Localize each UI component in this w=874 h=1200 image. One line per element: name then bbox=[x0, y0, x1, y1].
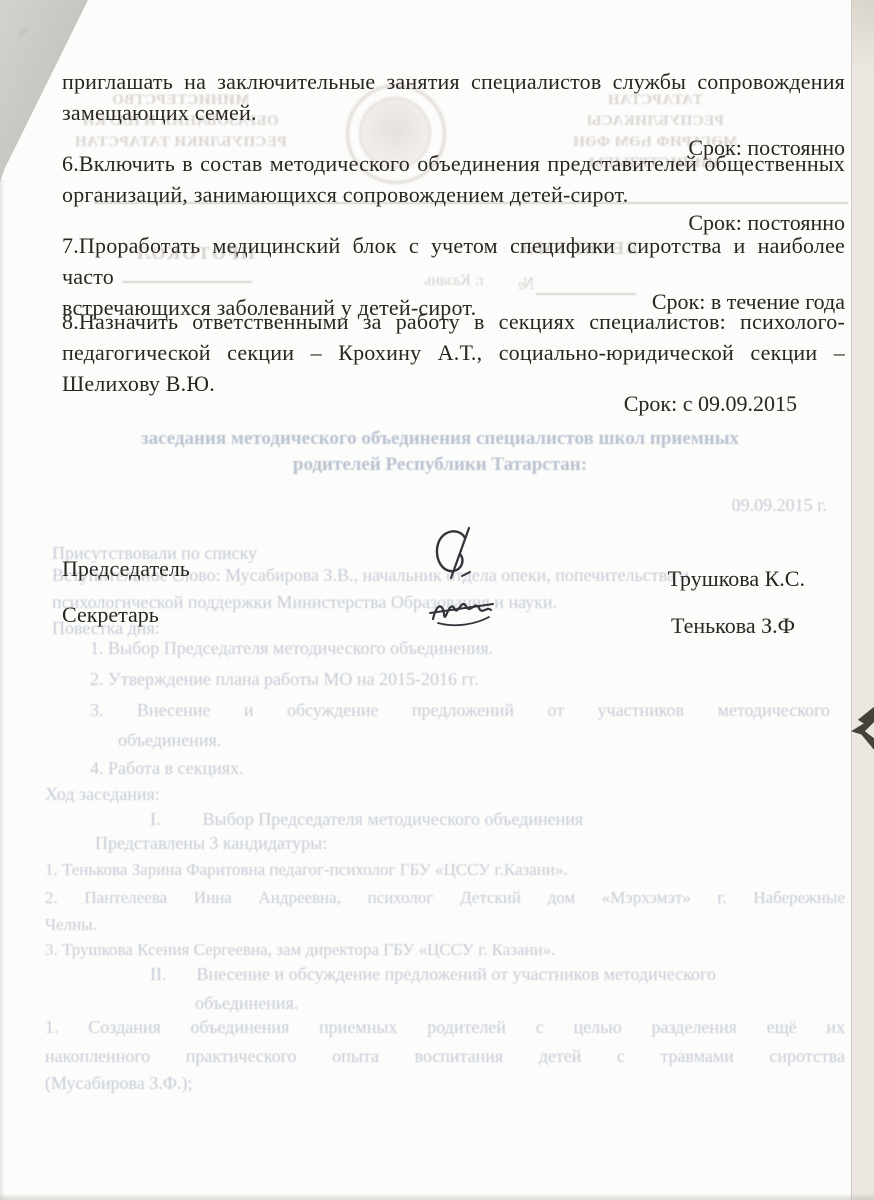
left-edge-shadow bbox=[0, 180, 5, 1200]
order-paragraph-8: 8.Назначить ответственными за работу в с… bbox=[62, 306, 845, 399]
paragraph-line: приглашать на заключительные занятия спе… bbox=[62, 66, 845, 97]
protocol-date-bleed: 09.09.2015 г. bbox=[600, 492, 827, 519]
candidate-line-bleed: Челны. bbox=[45, 911, 97, 938]
agenda-item-bleed: 2. Утверждение плана работы МО на 2015-2… bbox=[90, 666, 830, 693]
paragraph-line: 6.Включить в состав методического объеди… bbox=[62, 148, 845, 179]
order-paragraph-6: 6.Включить в состав методического объеди… bbox=[62, 148, 845, 210]
item2-numeral: II. bbox=[150, 961, 167, 988]
agenda-item-bleed: 3. Внесение и обсуждение предложений от … bbox=[90, 697, 830, 724]
term-label: Срок: с 09.09.2015 bbox=[62, 391, 797, 417]
signature-ink bbox=[428, 524, 476, 584]
protocol-title-bleed: заседания методического объединения спец… bbox=[90, 426, 790, 478]
secretary-label: Секретарь bbox=[62, 602, 159, 628]
candidate-line-bleed: 2. Пантелеева Инна Андреевна, психолог Д… bbox=[45, 884, 845, 911]
secretary-signature bbox=[428, 592, 496, 630]
signature-ink bbox=[428, 592, 496, 630]
protocol-title-line: родителей Республики Татарстан: bbox=[90, 452, 790, 478]
item2-continuation-bleed: объединения. bbox=[195, 990, 298, 1017]
proposal-line-bleed: 1. Создания объединения приемных родител… bbox=[45, 1014, 845, 1041]
agenda-item-continuation-bleed: объединения. bbox=[118, 727, 221, 754]
proposal-line-bleed: накопленного практического опыта воспита… bbox=[45, 1043, 845, 1070]
item2-text: Внесение и обсуждение предложений от уча… bbox=[197, 961, 717, 988]
paragraph-line: 7.Проработать медицинский блок с учетом … bbox=[62, 230, 845, 292]
paragraph-line: замещающих семей. bbox=[62, 97, 845, 128]
bottom-edge-shadow bbox=[0, 1193, 874, 1200]
course-label-bleed: Ход заседания: bbox=[45, 781, 160, 808]
chairman-signature bbox=[428, 524, 476, 584]
protocol-title-line: заседания методического объединения спец… bbox=[90, 426, 790, 452]
chairman-label: Председатель bbox=[62, 556, 190, 582]
candidates-intro-bleed: Представлены 3 кандидатуры: bbox=[95, 830, 327, 857]
order-paragraph-5-continuation: приглашать на заключительные занятия спе… bbox=[62, 66, 845, 128]
paragraph-line: педагогической секции – Крохину А.Т., со… bbox=[62, 337, 845, 368]
intro-line-bleed: психологической поддержки Министерства О… bbox=[52, 589, 792, 616]
item1-text: Выбор Председателя методического объедин… bbox=[203, 806, 584, 833]
item1-numeral: I. bbox=[150, 806, 161, 833]
scanned-document-page: МИНИСТЕРСТВО ОБРАЗОВАНИЯ И НАУКИ РЕСПУБЛ… bbox=[0, 0, 874, 1200]
paragraph-line: организаций, занимающихся сопровождением… bbox=[62, 179, 845, 210]
item2-heading-bleed: II. Внесение и обсуждение предложений от… bbox=[150, 961, 716, 988]
page-edge-strip bbox=[851, 0, 874, 1200]
paragraph-line: 8.Назначить ответственными за работу в с… bbox=[62, 306, 845, 337]
candidate-line-bleed: 3. Трушкова Ксения Сергеевна, зам директ… bbox=[45, 936, 845, 963]
chairman-name: Трушкова К.С. bbox=[560, 566, 805, 592]
agenda-item-bleed: 4. Работа в секциях. bbox=[90, 755, 243, 782]
agenda-item-bleed: 1. Выбор Председателя методического объе… bbox=[90, 635, 830, 662]
secretary-name: Тенькова З.Ф bbox=[560, 613, 795, 639]
proposal-line-bleed: (Мусабирова З.Ф.); bbox=[45, 1070, 193, 1097]
item1-heading-bleed: I. Выбор Председателя методического объе… bbox=[150, 806, 583, 833]
candidate-line-bleed: 1. Тенькова Зарина Фаритовна педагог-пси… bbox=[45, 856, 845, 883]
